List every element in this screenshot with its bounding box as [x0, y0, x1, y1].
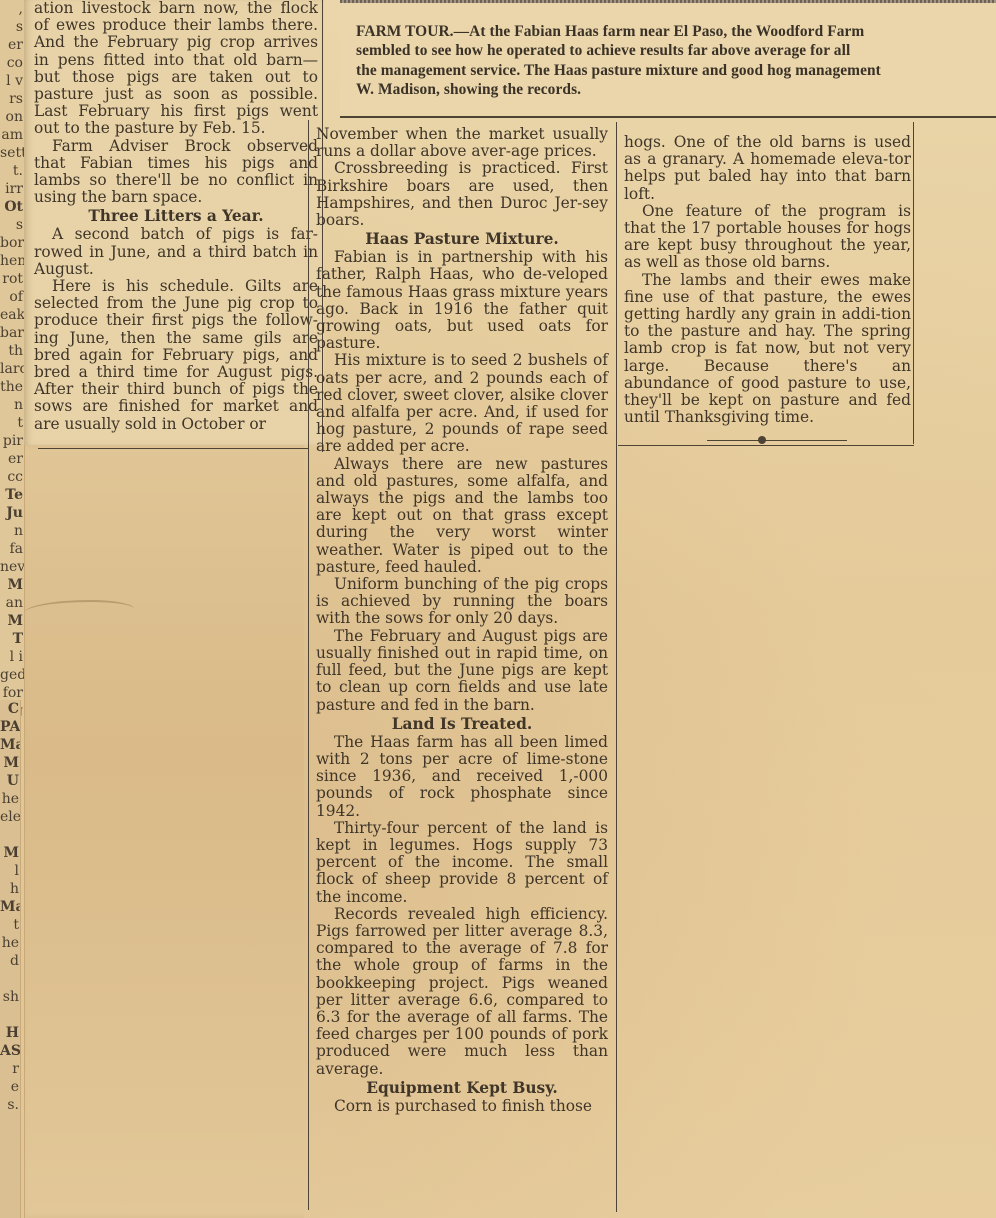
text-fragment: ,	[0, 0, 24, 18]
text-fragment: PA	[0, 718, 20, 736]
text-fragment: the	[0, 378, 24, 396]
paragraph: Farm Adviser Brock observed that Fabian …	[34, 138, 318, 207]
text-fragment	[0, 970, 20, 988]
text-fragment: er	[0, 450, 24, 468]
paragraph: Records revealed high efficiency. Pigs f…	[316, 906, 608, 1078]
text-fragment: fa	[0, 540, 24, 558]
text-fragment: T	[0, 630, 24, 648]
text-fragment: r	[0, 1060, 20, 1078]
text-fragment: ele	[0, 808, 20, 826]
paragraph: Crossbreeding is practiced. First Birksh…	[316, 160, 608, 229]
paragraph: hogs. One of the old barns is used as a …	[624, 134, 911, 203]
article-end-rule	[707, 440, 847, 441]
text-fragment: eak	[0, 306, 24, 324]
section-heading: Haas Pasture Mixture.	[316, 230, 608, 248]
photo-caption: FARM TOUR.—At the Fabian Haas farm near …	[356, 22, 996, 100]
text-fragment: s	[0, 216, 24, 234]
column-end-rule	[618, 445, 914, 446]
caption-line: the management service. The Haas pasture…	[356, 61, 996, 80]
text-fragment: M	[0, 576, 24, 594]
text-fragment: bor	[0, 234, 24, 252]
text-fragment: er	[0, 36, 24, 54]
text-fragment	[0, 826, 20, 844]
paragraph: His mixture is to seed 2 bushels of oats…	[316, 352, 608, 455]
text-fragment: co	[0, 54, 24, 72]
section-heading: Three Litters a Year.	[34, 207, 318, 225]
paragraph: Always there are new pastures and old pa…	[316, 456, 608, 576]
text-fragment: d	[0, 952, 20, 970]
text-fragment: H	[0, 1024, 20, 1042]
text-fragment: AS	[0, 1042, 20, 1060]
article-end-dot	[758, 436, 766, 444]
text-fragment: on	[0, 108, 24, 126]
paragraph: Fabian is in partnership with his father…	[316, 249, 608, 352]
paragraph: The Haas farm has all been limed with 2 …	[316, 734, 608, 820]
paragraph: A second batch of pigs is far-rowed in J…	[34, 226, 318, 278]
paragraph: The February and August pigs are usually…	[316, 628, 608, 714]
text-fragment: sett	[0, 144, 24, 162]
caption-line: FARM TOUR.—At the Fabian Haas farm near …	[356, 22, 996, 41]
text-fragment: s	[0, 18, 24, 36]
text-fragment: M	[0, 754, 20, 772]
text-fragment: ged	[0, 666, 24, 684]
text-fragment: bar	[0, 324, 24, 342]
text-fragment: t	[0, 916, 20, 934]
text-fragment: Ma	[0, 736, 20, 754]
paragraph: ation livestock barn now, the flock of e…	[34, 0, 318, 138]
text-fragment: rot	[0, 270, 24, 288]
text-fragment: t	[0, 414, 24, 432]
text-fragment: Te	[0, 486, 24, 504]
text-fragment: t.	[0, 162, 24, 180]
text-fragment: pir	[0, 432, 24, 450]
text-fragment: M	[0, 612, 24, 630]
text-fragment: he	[0, 790, 20, 808]
paragraph: November when the market usually runs a …	[316, 126, 608, 160]
text-fragment: U	[0, 772, 20, 790]
text-fragment: am	[0, 126, 24, 144]
text-fragment: nev	[0, 558, 24, 576]
text-fragment: n	[0, 522, 24, 540]
paragraph: Thirty-four percent of the land is kept …	[316, 820, 608, 906]
text-fragment: larc	[0, 360, 24, 378]
text-fragment: rs	[0, 90, 24, 108]
text-fragment: irr	[0, 180, 24, 198]
column-rule	[308, 120, 309, 1210]
blank-paper-lower-left	[14, 445, 304, 1218]
paragraph: Corn is purchased to finish those	[316, 1098, 608, 1115]
text-fragment: hen	[0, 252, 24, 270]
paragraph: Uniform bunching of the pig crops is ach…	[316, 576, 608, 628]
text-fragment: h	[0, 880, 20, 898]
text-fragment: Ju	[0, 504, 24, 522]
paragraph: Here is his schedule. Gilts are selected…	[34, 278, 318, 433]
caption-line: sembled to see how he operated to achiev…	[356, 41, 996, 60]
paragraph: The lambs and their ewes make fine use o…	[624, 272, 911, 427]
photo-edge	[340, 0, 996, 3]
text-fragment: of	[0, 288, 24, 306]
article-column-3: hogs. One of the old barns is used as a …	[624, 134, 911, 426]
section-heading: Land Is Treated.	[316, 715, 608, 733]
caption-rule	[340, 116, 996, 118]
text-fragment: an	[0, 594, 24, 612]
text-fragment: cc	[0, 468, 24, 486]
text-fragment: he	[0, 934, 20, 952]
text-fragment	[0, 1006, 20, 1024]
text-fragment: sh	[0, 988, 20, 1006]
section-heading: Equipment Kept Busy.	[316, 1079, 608, 1097]
column-rule	[913, 122, 914, 444]
paragraph: One feature of the program is that the 1…	[624, 203, 911, 272]
text-fragment: n	[0, 396, 24, 414]
text-fragment: th	[0, 342, 24, 360]
article-column-2: November when the market usually runs a …	[316, 126, 608, 1115]
column-1-text: ation livestock barn now, the flock of e…	[24, 0, 324, 433]
text-fragment: l	[0, 862, 20, 880]
caption-line: W. Madison, showing the records.	[356, 80, 996, 99]
text-fragment: M	[0, 844, 20, 862]
text-fragment: l i	[0, 648, 24, 666]
column-end-rule	[38, 448, 308, 449]
previous-column-fragments-lower: CPAMaMUheeleMlhMathedshHASres.	[0, 700, 21, 1218]
column-rule	[616, 122, 617, 1212]
text-fragment: C	[0, 700, 20, 718]
article-column-1: ation livestock barn now, the flock of e…	[24, 0, 324, 445]
text-fragment: e	[0, 1078, 20, 1096]
paper-tear	[24, 600, 134, 622]
text-fragment: s.	[0, 1096, 20, 1114]
text-fragment: Ma	[0, 898, 20, 916]
text-fragment: Ot	[0, 198, 24, 216]
text-fragment: l v	[0, 72, 24, 90]
